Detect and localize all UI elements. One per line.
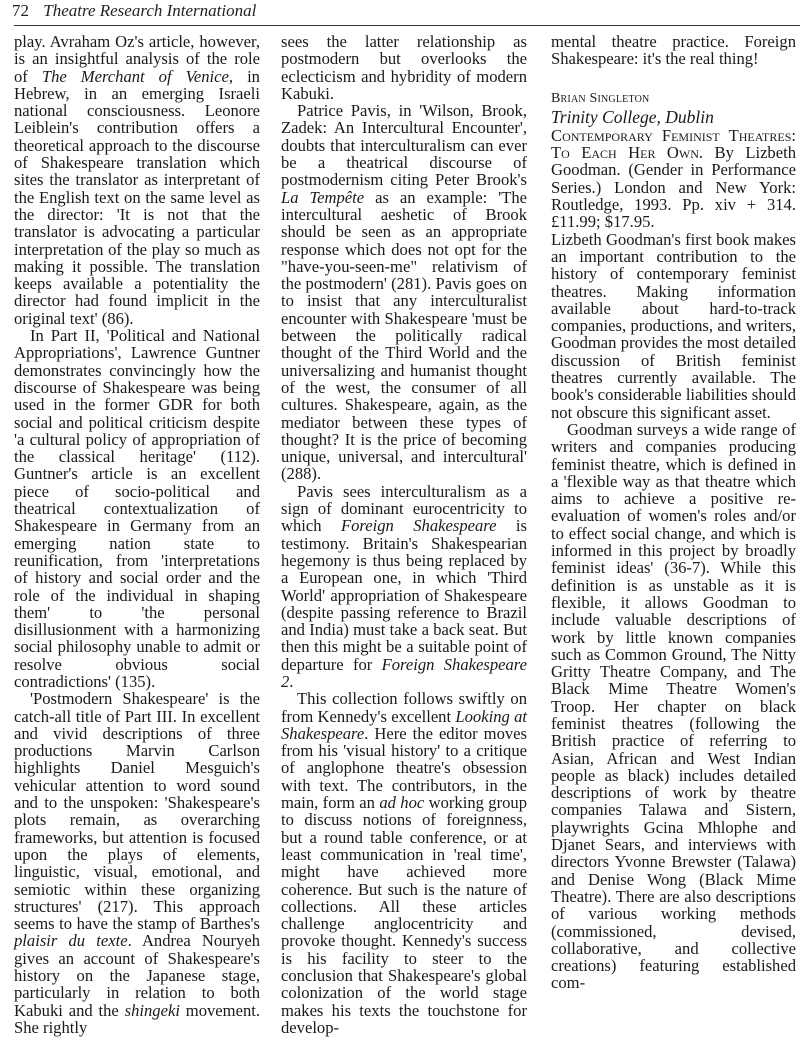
paragraph: play. Avraham Oz's article, however, is … <box>14 33 260 327</box>
italic-term: shingeki <box>125 1001 180 1020</box>
paragraph: mental theatre practice. Foreign Shakesp… <box>551 33 796 68</box>
reviewer-name: Brian Singleton <box>551 90 796 107</box>
paragraph: In Part II, 'Political and National Appr… <box>14 327 260 690</box>
text-column-3: mental theatre practice. Foreign Shakesp… <box>551 33 796 992</box>
play-title: The Merchant of Venice <box>42 67 229 86</box>
text-column-2: sees the latter relationship as postmode… <box>281 33 527 1036</box>
paragraph: Pavis sees interculturalism as a sign of… <box>281 483 527 691</box>
paragraph: Patrice Pavis, in 'Wilson, Brook, Zadek:… <box>281 102 527 483</box>
paragraph: sees the latter relationship as postmode… <box>281 33 527 102</box>
italic-phrase: plaisir du texte <box>14 931 128 950</box>
journal-title: Theatre Research International <box>43 1 256 20</box>
reviewer-institution: Trinity College, Dublin <box>551 107 796 127</box>
paragraph: Lizbeth Goodman's first book makes an im… <box>551 231 796 421</box>
paragraph: Goodman surveys a wide range of writers … <box>551 421 796 992</box>
italic-phrase: ad hoc <box>379 793 424 812</box>
paragraph: This collection follows swiftly on from … <box>281 690 527 1036</box>
page-number: 72 <box>12 1 29 20</box>
header-rule <box>14 25 800 26</box>
paragraph: 'Postmodern Shakespeare' is the catch-al… <box>14 690 260 1036</box>
play-title: La Tempête <box>281 188 364 207</box>
running-head: 72 Theatre Research International <box>12 0 792 24</box>
book-title: Foreign Shakespeare <box>341 516 497 535</box>
text-column-1: play. Avraham Oz's article, however, is … <box>14 33 260 1036</box>
review-heading: Contemporary Feminist Theatres: To Each … <box>551 127 796 231</box>
